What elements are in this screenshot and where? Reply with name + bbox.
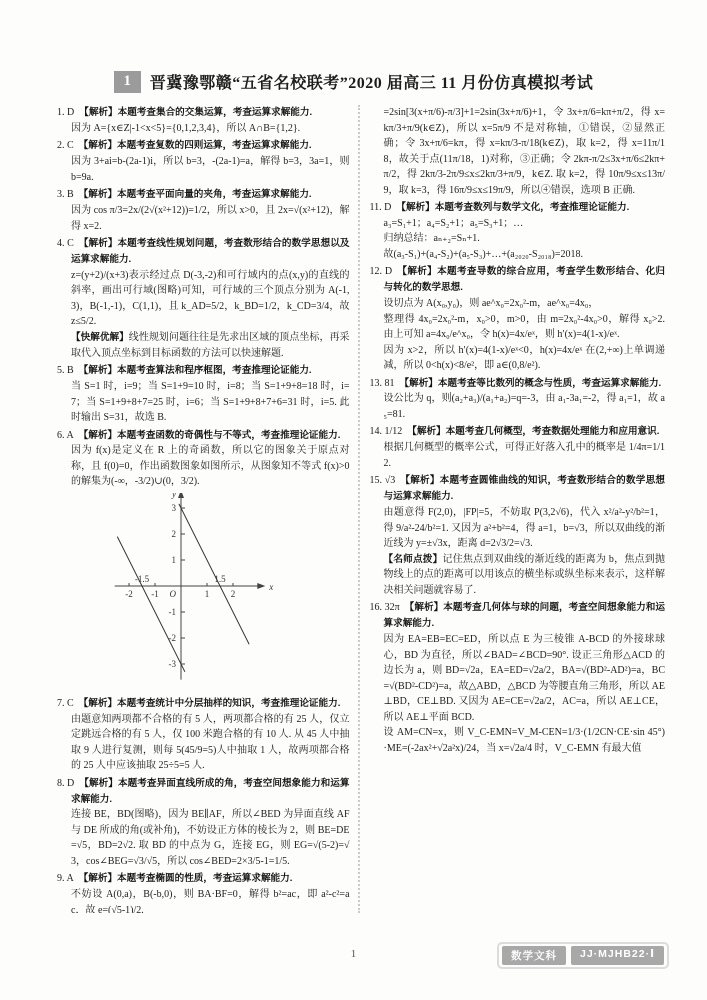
solution-head: 6. A【解析】本题考查函数的奇偶性与不等式，考查推理论证能力. bbox=[57, 428, 350, 444]
solution-head: 1. D【解析】本题考查集合的交集运算，考查运算求解能力. bbox=[57, 105, 350, 121]
solution-item: 16. 32π【解析】本题考查几何体与球的问题，考查空间想象能力和运算求解能力.… bbox=[370, 600, 665, 756]
svg-text:2: 2 bbox=[172, 529, 177, 539]
solution-paragraph: 由题意得 F(2,0)，|FP|=5，不妨取 P(3,2√6)，代入 x²/a²… bbox=[370, 505, 665, 552]
solution-head: 9. A【解析】本题考查椭圆的性质，考查运算求解能力. bbox=[57, 871, 350, 887]
svg-text:1: 1 bbox=[172, 555, 177, 565]
analysis-tag: 【解析】本题考查线性规划问题，考查数形结合的数学思想以及运算求解能力. bbox=[71, 238, 350, 265]
solution-item: 5. B【解析】本题考查算法和程序框图，考查推理论证能力.当 S=1 时，i=9… bbox=[57, 363, 350, 425]
solution-item: 13. 81【解析】本题考查等比数列的概念与性质，考查运算求解能力.设公比为 q… bbox=[370, 376, 665, 423]
question-number: 2. C bbox=[57, 140, 74, 151]
solution-item: 12. D【解析】本题考查导数的综合应用，考查学生数形结合、化归与转化的数学思想… bbox=[370, 264, 665, 373]
analysis-tag: 【解析】本题考查几何体与球的问题，考查空间想象能力和运算求解能力. bbox=[384, 602, 665, 629]
question-number: 5. B bbox=[57, 365, 74, 376]
svg-text:-3: -3 bbox=[169, 659, 177, 669]
footer-badges: 数学文科 JJ·MJHB22·Ⅰ bbox=[497, 942, 669, 969]
svg-text:-1: -1 bbox=[169, 607, 177, 617]
solution-paragraph: z=(y+2)/(x+3)表示经过点 D(-3,-2)和可行域内的点(x,y)的… bbox=[57, 268, 350, 330]
question-number: 11. D bbox=[370, 202, 392, 213]
solution-paragraph: 【快解优解】线性规划问题往往是先求出区域的顶点坐标，再采取代入顶点坐标到目标函数… bbox=[57, 330, 350, 361]
solution-head: 16. 32π【解析】本题考查几何体与球的问题，考查空间想象能力和运算求解能力. bbox=[370, 600, 665, 632]
solution-head: 5. B【解析】本题考查算法和程序框图，考查推理论证能力. bbox=[57, 363, 350, 379]
solution-item: 4. C【解析】本题考查线性规划问题，考查数形结合的数学思想以及运算求解能力.z… bbox=[57, 236, 350, 361]
solution-paragraph: 连接 BE，BD(图略)，因为 BE∥AF，所以∠BED 为异面直线 AF 与 … bbox=[57, 807, 350, 869]
solution-item: 7. C【解析】本题考查统计中分层抽样的知识，考查推理论证能力.由题意知两项都不… bbox=[57, 696, 350, 774]
solution-item: 8. D【解析】本题考查异面直线所成的角，考查空间想象能力和运算求解能力.连接 … bbox=[57, 776, 350, 870]
solution-head: 2. C【解析】本题考查复数的四则运算，考查运算求解能力. bbox=[57, 138, 350, 154]
solution-paragraph: 归纳总结：aₙ₊₂=Sₙ+1. bbox=[370, 231, 665, 247]
analysis-tag: 【解析】本题考查异面直线所成的角，考查空间想象能力和运算求解能力. bbox=[71, 778, 350, 805]
solution-paragraph: =2sin[3(x+π/6)-π/3]+1=2sin(3x+π/6)+1，令 3… bbox=[370, 105, 665, 198]
solution-item: 1. D【解析】本题考查集合的交集运算，考查运算求解能力.因为 A={x∈Z|-… bbox=[57, 105, 350, 136]
svg-text:-2: -2 bbox=[125, 589, 133, 599]
analysis-tag: 【解析】本题考查等比数列的概念与性质，考查运算求解能力. bbox=[400, 378, 662, 389]
solutions-column-left: 1. D【解析】本题考查集合的交集运算，考查运算求解能力.因为 A={x∈Z|-… bbox=[57, 105, 358, 913]
solution-item: =2sin[3(x+π/6)-π/3]+1=2sin(3x+π/6)+1，令 3… bbox=[370, 105, 665, 198]
analysis-tag: 【解析】本题考查集合的交集运算，考查运算求解能力. bbox=[79, 107, 312, 118]
solution-paragraph: a₃=S₁+1；a₄=S₂+1；a₅=S₃+1；… bbox=[370, 216, 665, 232]
question-number: 3. B bbox=[57, 189, 74, 200]
solution-paragraph: 因为 x>2，所以 h′(x)=4(1-x)/eˣ<0，h(x)=4x/eˣ 在… bbox=[370, 343, 665, 374]
solution-item: 3. B【解析】本题考查平面向量的夹角，考查运算求解能力.因为 cos π/3=… bbox=[57, 187, 350, 234]
solution-paragraph: 【名师点拨】记住焦点到双曲线的渐近线的距离为 b，焦点到抛物线上的点的距离可以用… bbox=[370, 552, 665, 599]
figure-container: -2-112-3-2-1123-1.51.5Oxy bbox=[91, 493, 350, 694]
solution-head: 15. √3【解析】本题考查圆锥曲线的知识，考查数形结合的数学思想与运算求解能力… bbox=[370, 473, 665, 505]
note-tag: 【名师点拨】 bbox=[384, 554, 443, 565]
question-number: 12. D bbox=[370, 266, 393, 277]
solution-head: 8. D【解析】本题考查异面直线所成的角，考查空间想象能力和运算求解能力. bbox=[57, 776, 350, 808]
solution-head: 3. B【解析】本题考查平面向量的夹角，考查运算求解能力. bbox=[57, 187, 350, 203]
solution-head: 4. C【解析】本题考查线性规划问题，考查数形结合的数学思想以及运算求解能力. bbox=[57, 236, 350, 268]
solution-head: 12. D【解析】本题考查导数的综合应用，考查学生数形结合、化归与转化的数学思想… bbox=[370, 264, 665, 296]
solution-head: 7. C【解析】本题考查统计中分层抽样的知识，考查推理论证能力. bbox=[57, 696, 350, 712]
solution-item: 15. √3【解析】本题考查圆锥曲线的知识，考查数形结合的数学思想与运算求解能力… bbox=[370, 473, 665, 598]
analysis-tag: 【解析】本题考查椭圆的性质，考查运算求解能力. bbox=[79, 873, 293, 884]
svg-text:3: 3 bbox=[172, 503, 177, 513]
question-number: 14. 1/12 bbox=[370, 426, 403, 437]
page-title: 晋冀豫鄂赣“五省名校联考”2020 届高三 11 月份仿真模拟考试 bbox=[150, 70, 594, 93]
analysis-tag: 【解析】本题考查复数的四则运算，考查运算求解能力. bbox=[79, 140, 312, 151]
svg-text:2: 2 bbox=[231, 589, 236, 599]
solution-paragraph: 当 S=1 时，i=9；当 S=1+9=10 时，i=8；当 S=1+9+8=1… bbox=[57, 379, 350, 426]
note-tag: 【快解优解】 bbox=[71, 332, 129, 343]
question-number: 13. 81 bbox=[370, 378, 395, 389]
analysis-tag: 【解析】本题考查平面向量的夹角，考查运算求解能力. bbox=[79, 189, 312, 200]
function-graph: -2-112-3-2-1123-1.51.5Oxy bbox=[91, 493, 309, 689]
solution-paragraph: 故(a₃-S₁)+(a₄-S₂)+(a₅-S₃)+…+(a₂₀₂₀-S₂₀₁₈)… bbox=[370, 247, 665, 263]
svg-text:O: O bbox=[170, 589, 177, 599]
question-number: 9. A bbox=[57, 873, 74, 884]
analysis-tag: 【解析】本题考查算法和程序框图，考查推理论证能力. bbox=[79, 365, 312, 376]
solution-paragraph: 因为 EA=EB=EC=ED，所以点 E 为三棱锥 A-BCD 的外接球球心，B… bbox=[370, 632, 665, 725]
exam-answer-page: 1 晋冀豫鄂赣“五省名校联考”2020 届高三 11 月份仿真模拟考试 1. D… bbox=[0, 0, 707, 1000]
solution-item: 6. A【解析】本题考查函数的奇偶性与不等式，考查推理论证能力.因为 f(x)是… bbox=[57, 428, 350, 694]
solution-paragraph: 设公比为 q，则(a₂+a₃)/(a₁+a₂)=q=-3，由 a₁-3a₁=-2… bbox=[370, 391, 665, 422]
content-columns: 1. D【解析】本题考查集合的交集运算，考查运算求解能力.因为 A={x∈Z|-… bbox=[57, 105, 665, 913]
solution-item: 14. 1/12【解析】本题考查几何概型，考查数据处理能力和应用意识.根据几何概… bbox=[370, 424, 665, 471]
solution-paragraph: 根据几何概型的概率公式，可得正好落入孔中的概率是 1/4π=1/12. bbox=[370, 440, 665, 471]
solution-item: 9. A【解析】本题考查椭圆的性质，考查运算求解能力.不妨设 A(0,a)，B(… bbox=[57, 871, 350, 913]
question-number: 16. 32π bbox=[370, 602, 400, 613]
page-header: 1 晋冀豫鄂赣“五省名校联考”2020 届高三 11 月份仿真模拟考试 bbox=[0, 0, 707, 93]
solution-paragraph: 因为 3+ai=b-(2a-1)i，所以 b=3，-(2a-1)=a，解得 b=… bbox=[57, 154, 350, 185]
solution-paragraph: 因为 cos π/3=2x/(2√(x²+12))=1/2，所以 x>0，且 2… bbox=[57, 203, 350, 234]
solution-paragraph: 由题意知两项都不合格的有 5 人，两项都合格的有 25 人，仅立定跳远合格的有 … bbox=[57, 712, 350, 774]
solution-paragraph: 不妨设 A(0,a)，B(-b,0)，则 BA·BF=0，解得 b²=ac，即 … bbox=[57, 887, 350, 913]
solution-head: 11. D【解析】本题考查数列与数学文化，考查推理论证能力. bbox=[370, 200, 665, 216]
question-number: 8. D bbox=[57, 778, 74, 789]
analysis-tag: 【解析】本题考查数列与数学文化，考查推理论证能力. bbox=[396, 202, 629, 213]
solution-paragraph: 整理得 4x₀=2x₀²-m，x₀>0，m>0，由 m=2x₀²-4x₀>0，解… bbox=[370, 312, 665, 343]
analysis-tag: 【解析】本题考查导数的综合应用，考查学生数形结合、化归与转化的数学思想. bbox=[384, 266, 665, 293]
question-number: 7. C bbox=[57, 698, 74, 709]
analysis-tag: 【解析】本题考查统计中分层抽样的知识，考查推理论证能力. bbox=[79, 698, 341, 709]
analysis-tag: 【解析】本题考查函数的奇偶性与不等式，考查推理论证能力. bbox=[79, 430, 341, 441]
svg-text:-1: -1 bbox=[151, 589, 159, 599]
solution-paragraph: 设切点为 A(x₀,y₀)，则 ae^x₀=2x₀²-m，ae^x₀=4x₀， bbox=[370, 296, 665, 312]
solution-paragraph: 因为 f(x)是定义在 R 上的奇函数，所以它的图象关于原点对称，且 f(0)=… bbox=[57, 443, 350, 490]
solution-head: 14. 1/12【解析】本题考查几何概型，考查数据处理能力和应用意识. bbox=[370, 424, 665, 440]
analysis-tag: 【解析】本题考查圆锥曲线的知识，考查数形结合的数学思想与运算求解能力. bbox=[384, 475, 665, 502]
subject-badge: 数学文科 bbox=[502, 946, 566, 965]
solution-paragraph: 因为 A={x∈Z|-1<x<5}={0,1,2,3,4}，所以 A∩B={1,… bbox=[57, 121, 350, 137]
analysis-tag: 【解析】本题考查几何概型，考查数据处理能力和应用意识. bbox=[407, 426, 659, 437]
question-number: 6. A bbox=[57, 430, 74, 441]
svg-text:1: 1 bbox=[205, 589, 210, 599]
question-number: 15. √3 bbox=[370, 475, 396, 486]
question-number: 4. C bbox=[57, 238, 74, 249]
code-badge: JJ·MJHB22·Ⅰ bbox=[571, 946, 664, 965]
svg-text:y: y bbox=[171, 493, 176, 499]
question-number: 1. D bbox=[57, 107, 74, 118]
svg-text:x: x bbox=[268, 582, 273, 592]
solution-item: 11. D【解析】本题考查数列与数学文化，考查推理论证能力.a₃=S₁+1；a₄… bbox=[370, 200, 665, 262]
solution-head: 13. 81【解析】本题考查等比数列的概念与性质，考查运算求解能力. bbox=[370, 376, 665, 392]
exam-number-badge: 1 bbox=[114, 71, 141, 93]
solution-paragraph: 设 AM=CN=x，则 V_C-EMN=V_M-CEN=1/3·(1/2CN·C… bbox=[370, 725, 665, 756]
solutions-column-right: =2sin[3(x+π/6)-π/3]+1=2sin(3x+π/6)+1，令 3… bbox=[358, 105, 665, 913]
solution-item: 2. C【解析】本题考查复数的四则运算，考查运算求解能力.因为 3+ai=b-(… bbox=[57, 138, 350, 185]
